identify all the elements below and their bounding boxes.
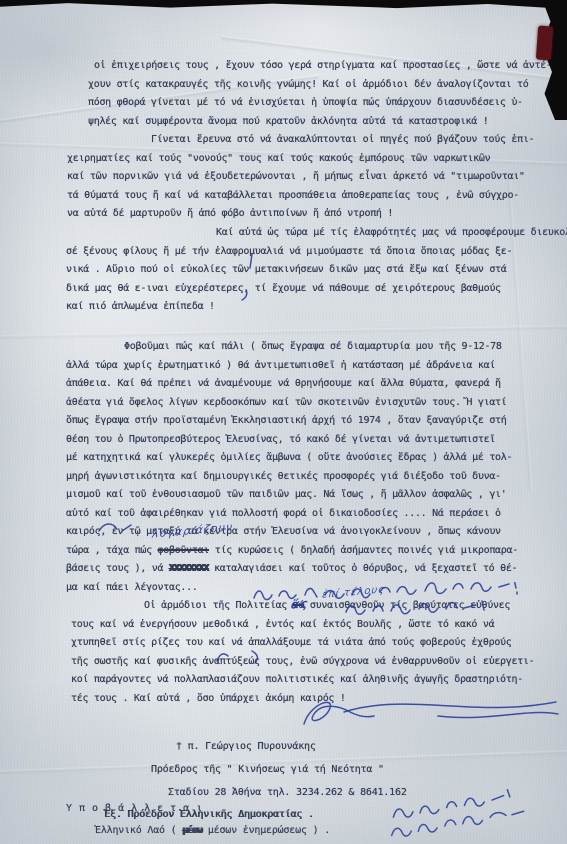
typewritten-line: ψηλές καί συμφέροντα ἄνομα πού κρατοῦν ἀ…: [88, 113, 552, 132]
typewritten-line: κοί παράγοντες νά πολλαπλασιάζουν πολιτι…: [71, 671, 534, 690]
typewritten-line: τές τους . Καί αὐτά , ὅσο ὑπάρχει ἀκόμη …: [71, 690, 534, 709]
typewritten-line: καιρός, ἐν τῷ μεταξύ τά κέντρα στήν Ἐλευ…: [66, 523, 518, 542]
typewritten-line: αὐτό καί τοῦ ἀφαιρέθηκαν γιά πολλοστή φο…: [66, 505, 518, 524]
signature-name: † π. Γεώργιος Πυρουνάκης: [176, 741, 316, 752]
paragraph: Οἱ ἁρμόδιοι τῆς Πολιτείας νά συναισθανθο…: [71, 597, 534, 708]
typewritten-line: ὅπως ἔγραψα στήν προϊσταμένη Ἐκκλησιαστι…: [66, 412, 518, 431]
typewritten-line: σέ ξένους φίλους ἤ μέ τήν ἐλαφρομυαλιά ν…: [66, 243, 567, 262]
typewritten-line: χειρηματίες καί τούς "νονούς" τους καί τ…: [67, 150, 534, 169]
red-stamp-mark: [536, 26, 553, 61]
typewritten-line: μισμοῦ καί τοῦ ἐνθουσιασμοῦ τῶν παιδιῶν …: [66, 486, 518, 505]
typewritten-line: μηρή ἀγωνιστικότητα καί δημιουργικές θετ…: [66, 468, 518, 487]
paragraph: Φοβοῦμαι πώς καί πάλι ( ὅπως ἔγραψα σέ δ…: [66, 338, 518, 597]
scanned-letter-page: οἱ ἐπιχειρήσεις τους , ἔχουν τόσο γερά σ…: [0, 0, 567, 844]
line-segment: Οἱ ἁρμόδιοι τῆς Πολιτείας: [144, 600, 293, 611]
typewritten-line: χτυπηθεῖ στίς ρίζες του καί νά ἀπαλλάξου…: [71, 634, 534, 653]
footer-distribution-line: Ἑλληνικό Λαό ( μέσω μέσων ἐνημερώσεως ) …: [95, 825, 330, 836]
typewritten-line: τῆς σωστῆς καί φυσικῆς ἀναπτύξεώς τους, …: [71, 653, 534, 672]
typewritten-line: ἀλλά τώρα χωρίς ἐρωτηματικό ) θά ἀντιμετ…: [66, 357, 518, 376]
paragraph: Καί αὐτά ὡς τώρα μέ τίς ἐλαφρότητές μας …: [66, 224, 567, 317]
typewritten-line: καί πιό ἁπλωμένα ἐπίπεδα !: [66, 298, 567, 317]
typewritten-line: να αὐτά δέ μαρτυροῦν ἤ ἀπό φόβο ἀντιποίν…: [67, 205, 534, 224]
typewritten-line: δικά μας θά ε-ιναι εὐχερέστερες, τί ἔχου…: [66, 280, 567, 299]
typewritten-line: ἀπάθεια. Καί θά πρέπει νά ἀναμένουμε νά …: [66, 375, 518, 394]
typewritten-line: οἱ ἐπιχειρήσεις τους , ἔχουν τόσο γερά σ…: [88, 57, 552, 76]
typewritten-line: νικά . Αὔριο πού οἱ εὐκολίες τῶν μετακιν…: [66, 261, 567, 280]
overstruck-word: μέσω: [182, 825, 202, 836]
overstruck-word: ΧΧΧΧΧΧΧΧ: [169, 563, 208, 574]
typewritten-line: καί τῶν πορνικῶν γιά νά ἐξουδετερώνονται…: [67, 168, 534, 187]
scan-edge-top: [0, 0, 567, 9]
typewritten-line: Φοβοῦμαι πώς καί πάλι ( ὅπως ἔγραψα σέ δ…: [66, 338, 518, 357]
line-segment: συναισθανθοῦν τίς βαρύτατες εὐθύνες: [304, 600, 510, 611]
typewritten-line: χουν στίς κατακραυγές τῆς κοινῆς γνώμης!…: [88, 76, 552, 95]
paper-crease: [0, 325, 567, 338]
typewritten-line: βάσεις τους ), νά ΧΧΧΧΧΧΧΧ καταλαγιάσει …: [66, 560, 518, 579]
typewritten-line: Καί αὐτά ὡς τώρα μέ τίς ἐλαφρότητές μας …: [66, 224, 567, 243]
typewritten-line: μα καί πάει λέγοντας...: [66, 579, 518, 598]
handwritten-as-word: ἄς: [290, 596, 309, 612]
line-segment: βάσεις τους ), νά: [66, 563, 169, 574]
paragraph: Γίνεται ἔρευνα στό νά ἀνακαλύπτονται οἱ …: [67, 131, 534, 224]
typewritten-line: θέση του ὁ Πρωτοπρεσβύτερος Ἐλευσίνας, τ…: [66, 431, 518, 450]
typewritten-line: ἀθέατα γιά ὄφελος λίγων κερδοσκόπων καί …: [66, 394, 518, 413]
footer-scribble: [386, 782, 567, 844]
typewritten-line: τώρα , τάχα πώς φοβοῦνται τίς κυρώσεις (…: [66, 542, 518, 561]
typewritten-line: μέ κατηχητικά καί γλυκερές ὁμιλίες ἄμβων…: [66, 449, 518, 468]
typewritten-line: Γίνεται ἔρευνα στό νά ἀνακαλύπτονται οἱ …: [67, 131, 534, 150]
paragraph: οἱ ἐπιχειρήσεις τους , ἔχουν τόσο γερά σ…: [88, 57, 552, 131]
signature-address: Σταδίου 28 Ἀθήνα τηλ. 3234.262 & 8641.16…: [168, 787, 407, 798]
line-segment: καταλαγιάσει καί τοῦτος ὁ θόρυβος, νά ξε…: [208, 563, 517, 574]
typewritten-line: πόση φθορά γίνεται μέ τό νά ἐνισχύεται ἡ…: [88, 94, 552, 113]
struck-word: φοβοῦνται: [158, 545, 210, 556]
footer-overlap-line: Ἐξ. Πρόεδρον Ἑλληνικῆς Δημοκρατίας .: [104, 809, 314, 820]
signature-role: Πρόεδρος τῆς " Κινήσεως γιά τή Νεότητα ": [151, 764, 384, 775]
typewritten-line: τά θύματά τους ἤ καί νά καταβάλλεται προ…: [67, 187, 534, 206]
typewritten-line: τους καί νά ἐνεργήσουν μεθοδικά , ἐντός …: [71, 616, 534, 635]
line-segment: Ἑλληνικό Λαό (: [95, 825, 182, 836]
line-segment: τίς κυρώσεις ( δηλαδή ἀσήμαντες ποινές γ…: [209, 545, 518, 556]
line-segment: τώρα , τάχα πώς: [66, 545, 158, 556]
line-segment: μέσων ἐνημερώσεως ) .: [202, 825, 330, 836]
